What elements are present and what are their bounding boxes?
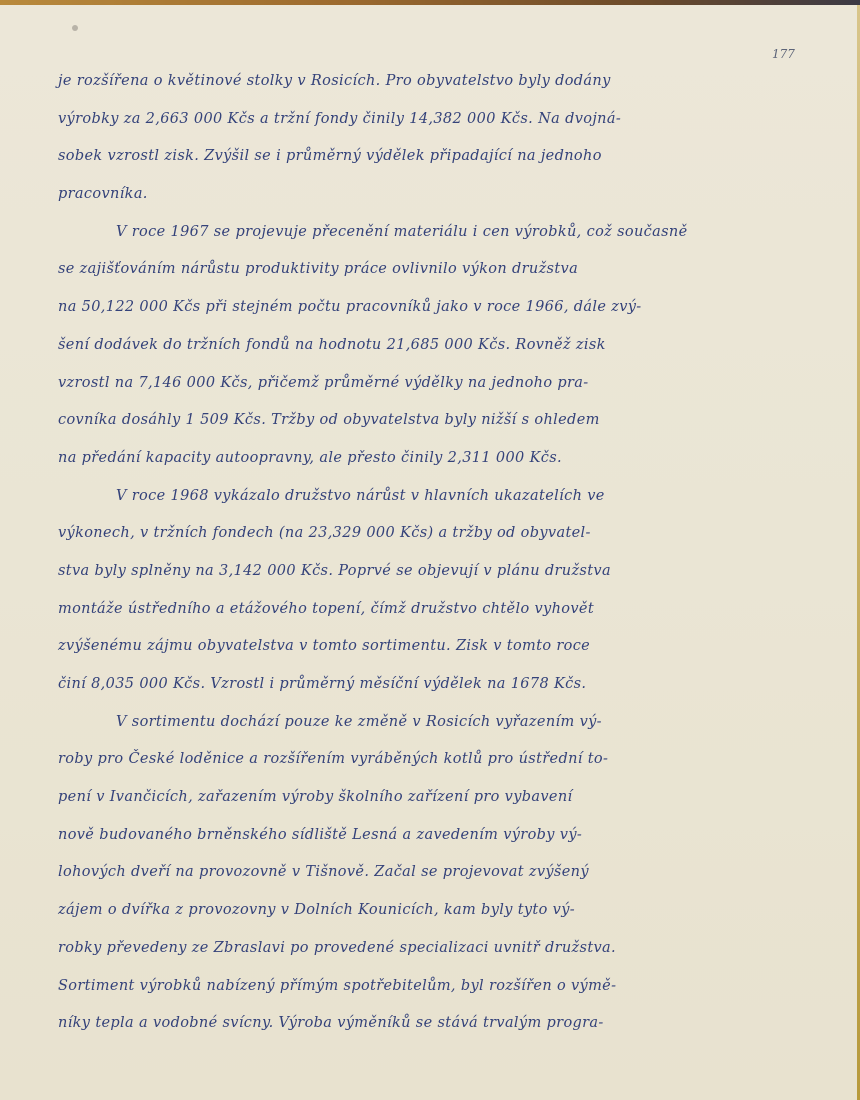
text-line: sobek vzrostl zisk. Zvýšil se i průměrný… bbox=[58, 138, 778, 176]
text-line: Sortiment výrobků nabízený přímým spotře… bbox=[58, 968, 778, 1006]
text-line: roby pro České loděnice a rozšířením vyr… bbox=[58, 741, 778, 779]
text-line: covníka dosáhly 1 509 Kčs. Tržby od obyv… bbox=[58, 402, 778, 440]
text-line: je rozšířena o květinové stolky v Rosicí… bbox=[58, 63, 778, 101]
text-line: činí 8,035 000 Kčs. Vzrostl i průměrný m… bbox=[58, 666, 778, 704]
text-line: níky tepla a vodobné svícny. Výroba výmě… bbox=[58, 1005, 778, 1043]
text-line: V roce 1967 se projevuje přecenění mater… bbox=[58, 214, 778, 252]
text-line: V roce 1968 vykázalo družstvo nárůst v h… bbox=[58, 478, 778, 516]
text-line: zvýšenému zájmu obyvatelstva v tomto sor… bbox=[58, 628, 778, 666]
text-line: stva byly splněny na 3,142 000 Kčs. Popr… bbox=[58, 553, 778, 591]
manuscript-page: 177 je rozšířena o květinové stolky v Ro… bbox=[0, 5, 857, 1100]
text-line: robky převedeny ze Zbraslavi po proveden… bbox=[58, 930, 778, 968]
text-line: výrobky za 2,663 000 Kčs a tržní fondy č… bbox=[58, 101, 778, 139]
text-line: vzrostl na 7,146 000 Kčs, přičemž průměr… bbox=[58, 365, 778, 403]
text-line: šení dodávek do tržních fondů na hodnotu… bbox=[58, 327, 778, 365]
text-line: montáže ústředního a etážového topení, č… bbox=[58, 591, 778, 629]
text-line: pení v Ivančicích, zařazením výroby škol… bbox=[58, 779, 778, 817]
text-line: pracovníka. bbox=[58, 176, 778, 214]
text-line: na 50,122 000 Kčs při stejném počtu prac… bbox=[58, 289, 778, 327]
page-number: 177 bbox=[772, 47, 795, 61]
text-line: zájem o dvířka z provozovny v Dolních Ko… bbox=[58, 892, 778, 930]
text-line: nově budovaného brněnského sídliště Lesn… bbox=[58, 817, 778, 855]
text-line: se zajišťováním nárůstu produktivity prá… bbox=[58, 251, 778, 289]
text-line: lohových dveří na provozovně v Tišnově. … bbox=[58, 854, 778, 892]
text-line: výkonech, v tržních fondech (na 23,329 0… bbox=[58, 515, 778, 553]
handwritten-text-block: je rozšířena o květinové stolky v Rosicí… bbox=[58, 63, 778, 1043]
text-line: na předání kapacity autoopravny, ale pře… bbox=[58, 440, 778, 478]
paper-speck bbox=[72, 25, 78, 31]
text-line: V sortimentu dochází pouze ke změně v Ro… bbox=[58, 704, 778, 742]
